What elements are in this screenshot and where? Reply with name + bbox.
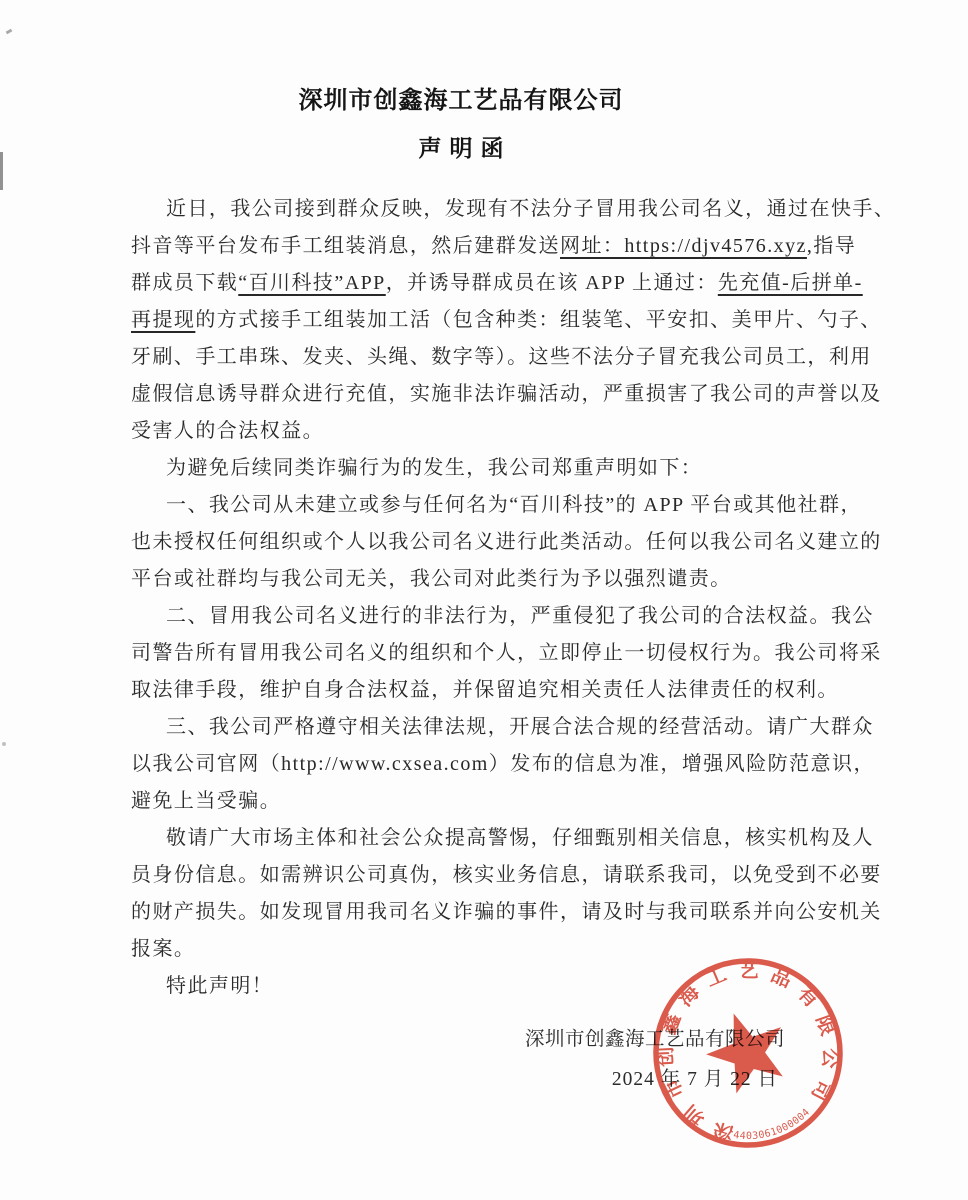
- text-run: 虚假信息诱导群众进行充值，实施非法诈骗活动，严重损害了我公司的声誉以及: [131, 383, 882, 405]
- document-title: 深圳市创鑫海工艺品有限公司: [0, 80, 945, 115]
- text-run: 二、冒用我公司名义进行的非法行为，严重侵犯了我公司的合法权益。我公: [166, 605, 874, 627]
- underlined-text: 网址：https://djv4576.xyz: [560, 235, 807, 257]
- text-line: 为避免后续同类诈骗行为的发生，我公司郑重声明如下：: [131, 450, 847, 487]
- text-run: 抖音等平台发布手工组装消息，然后建群发送: [131, 235, 560, 257]
- scan-artifact: [2, 742, 6, 746]
- text-run: 也未授权任何组织或个人以我公司名义进行此类活动。任何以我公司名义建立的: [131, 531, 882, 553]
- text-run: 特此声明！: [166, 975, 273, 997]
- text-line: 受害人的合法权益。: [131, 413, 847, 450]
- body-lines: 近日，我公司接到群众反映，发现有不法分子冒用我公司名义，通过在快手、抖音等平台发…: [131, 191, 847, 1005]
- text-run: 平台或社群均与我公司无关，我公司对此类行为予以强烈谴责。: [131, 568, 732, 590]
- text-line: 近日，我公司接到群众反映，发现有不法分子冒用我公司名义，通过在快手、: [131, 191, 847, 228]
- document-page: 深圳市创鑫海工艺品有限公司 声明函 近日，我公司接到群众反映，发现有不法分子冒用…: [0, 0, 968, 1200]
- text-run: 三、我公司严格遵守相关法律法规，开展合法合规的经营活动。请广大群众: [166, 716, 874, 738]
- underlined-text: “百川科技”APP: [238, 272, 386, 294]
- text-run: ，并诱导群成员在该 APP 上通过：: [386, 272, 718, 294]
- text-run: ,指导: [807, 235, 856, 257]
- text-run: 员身份信息。如需辨识公司真伪，核实业务信息，请联系我司，以免受到不必要: [131, 864, 882, 886]
- text-line: 三、我公司严格遵守相关法律法规，开展合法合规的经营活动。请广大群众: [131, 709, 847, 746]
- text-line: 取法律手段，维护自身合法权益，并保留追究相关责任人法律责任的权利。: [131, 672, 847, 709]
- text-line: 敬请广大市场主体和社会公众提高警惕，仔细甄别相关信息，核实机构及人: [131, 820, 847, 857]
- underlined-text: 先充值-后拼单-: [718, 272, 863, 294]
- text-line: 再提现的方式接手工组装加工活（包含种类：组装笔、平安扣、美甲片、勺子、: [131, 302, 847, 339]
- text-run: 一、我公司从未建立或参与任何名为“百川科技”的 APP 平台或其他社群，: [166, 494, 862, 516]
- text-run: 受害人的合法权益。: [131, 420, 324, 442]
- text-run: 司警告所有冒用我公司名义的组织和个人，立即停止一切侵权行为。我公司将采: [131, 642, 882, 664]
- company-seal: 深圳市创鑫海工艺品有限公司 4403061000004: [648, 953, 848, 1153]
- text-line: 司警告所有冒用我公司名义的组织和个人，立即停止一切侵权行为。我公司将采: [131, 635, 847, 672]
- text-line: 一、我公司从未建立或参与任何名为“百川科技”的 APP 平台或其他社群，: [131, 487, 847, 524]
- text-run: 牙刷、手工串珠、发夹、头绳、数字等）。这些不法分子冒充我公司员工，利用: [131, 346, 872, 368]
- text-run: 敬请广大市场主体和社会公众提高警惕，仔细甄别相关信息，核实机构及人: [166, 827, 874, 849]
- text-run: 群成员下载: [131, 272, 238, 294]
- scan-artifact: [6, 29, 13, 35]
- text-line: 虚假信息诱导群众进行充值，实施非法诈骗活动，严重损害了我公司的声誉以及: [131, 376, 847, 413]
- text-run: 近日，我公司接到群众反映，发现有不法分子冒用我公司名义，通过在快手、: [166, 198, 895, 220]
- text-line: 平台或社群均与我公司无关，我公司对此类行为予以强烈谴责。: [131, 561, 847, 598]
- text-run: 的方式接手工组装加工活（包含种类：组装笔、平安扣、美甲片、勺子、: [195, 309, 881, 331]
- seal-star: [696, 1000, 797, 1099]
- text-run: 的财产损失。如发现冒用我司名义诈骗的事件，请及时与我司联系并向公安机关: [131, 901, 882, 923]
- text-line: 的财产损失。如发现冒用我司名义诈骗的事件，请及时与我司联系并向公安机关: [131, 894, 847, 931]
- text-run: 为避免后续同类诈骗行为的发生，我公司郑重声明如下：: [166, 457, 702, 479]
- text-line: 避免上当受骗。: [131, 783, 847, 820]
- underlined-text: 再提现: [131, 309, 195, 331]
- text-line: 群成员下载“百川科技”APP，并诱导群成员在该 APP 上通过：先充值-后拼单-: [131, 265, 847, 302]
- document-subtitle: 声明函: [0, 130, 945, 163]
- text-line: 员身份信息。如需辨识公司真伪，核实业务信息，请联系我司，以免受到不必要: [131, 857, 847, 894]
- text-line: 牙刷、手工串珠、发夹、头绳、数字等）。这些不法分子冒充我公司员工，利用: [131, 339, 847, 376]
- text-run: 以我公司官网（http://www.cxsea.com）发布的信息为准，增强风险…: [131, 753, 875, 775]
- text-run: 避免上当受骗。: [131, 790, 281, 812]
- text-line: 抖音等平台发布手工组装消息，然后建群发送网址：https://djv4576.x…: [131, 228, 847, 265]
- text-run: 取法律手段，维护自身合法权益，并保留追究相关责任人法律责任的权利。: [131, 679, 839, 701]
- text-line: 二、冒用我公司名义进行的非法行为，严重侵犯了我公司的合法权益。我公: [131, 598, 847, 635]
- text-line: 也未授权任何组织或个人以我公司名义进行此类活动。任何以我公司名义建立的: [131, 524, 847, 561]
- text-line: 以我公司官网（http://www.cxsea.com）发布的信息为准，增强风险…: [131, 746, 847, 783]
- text-run: 报案。: [131, 938, 195, 960]
